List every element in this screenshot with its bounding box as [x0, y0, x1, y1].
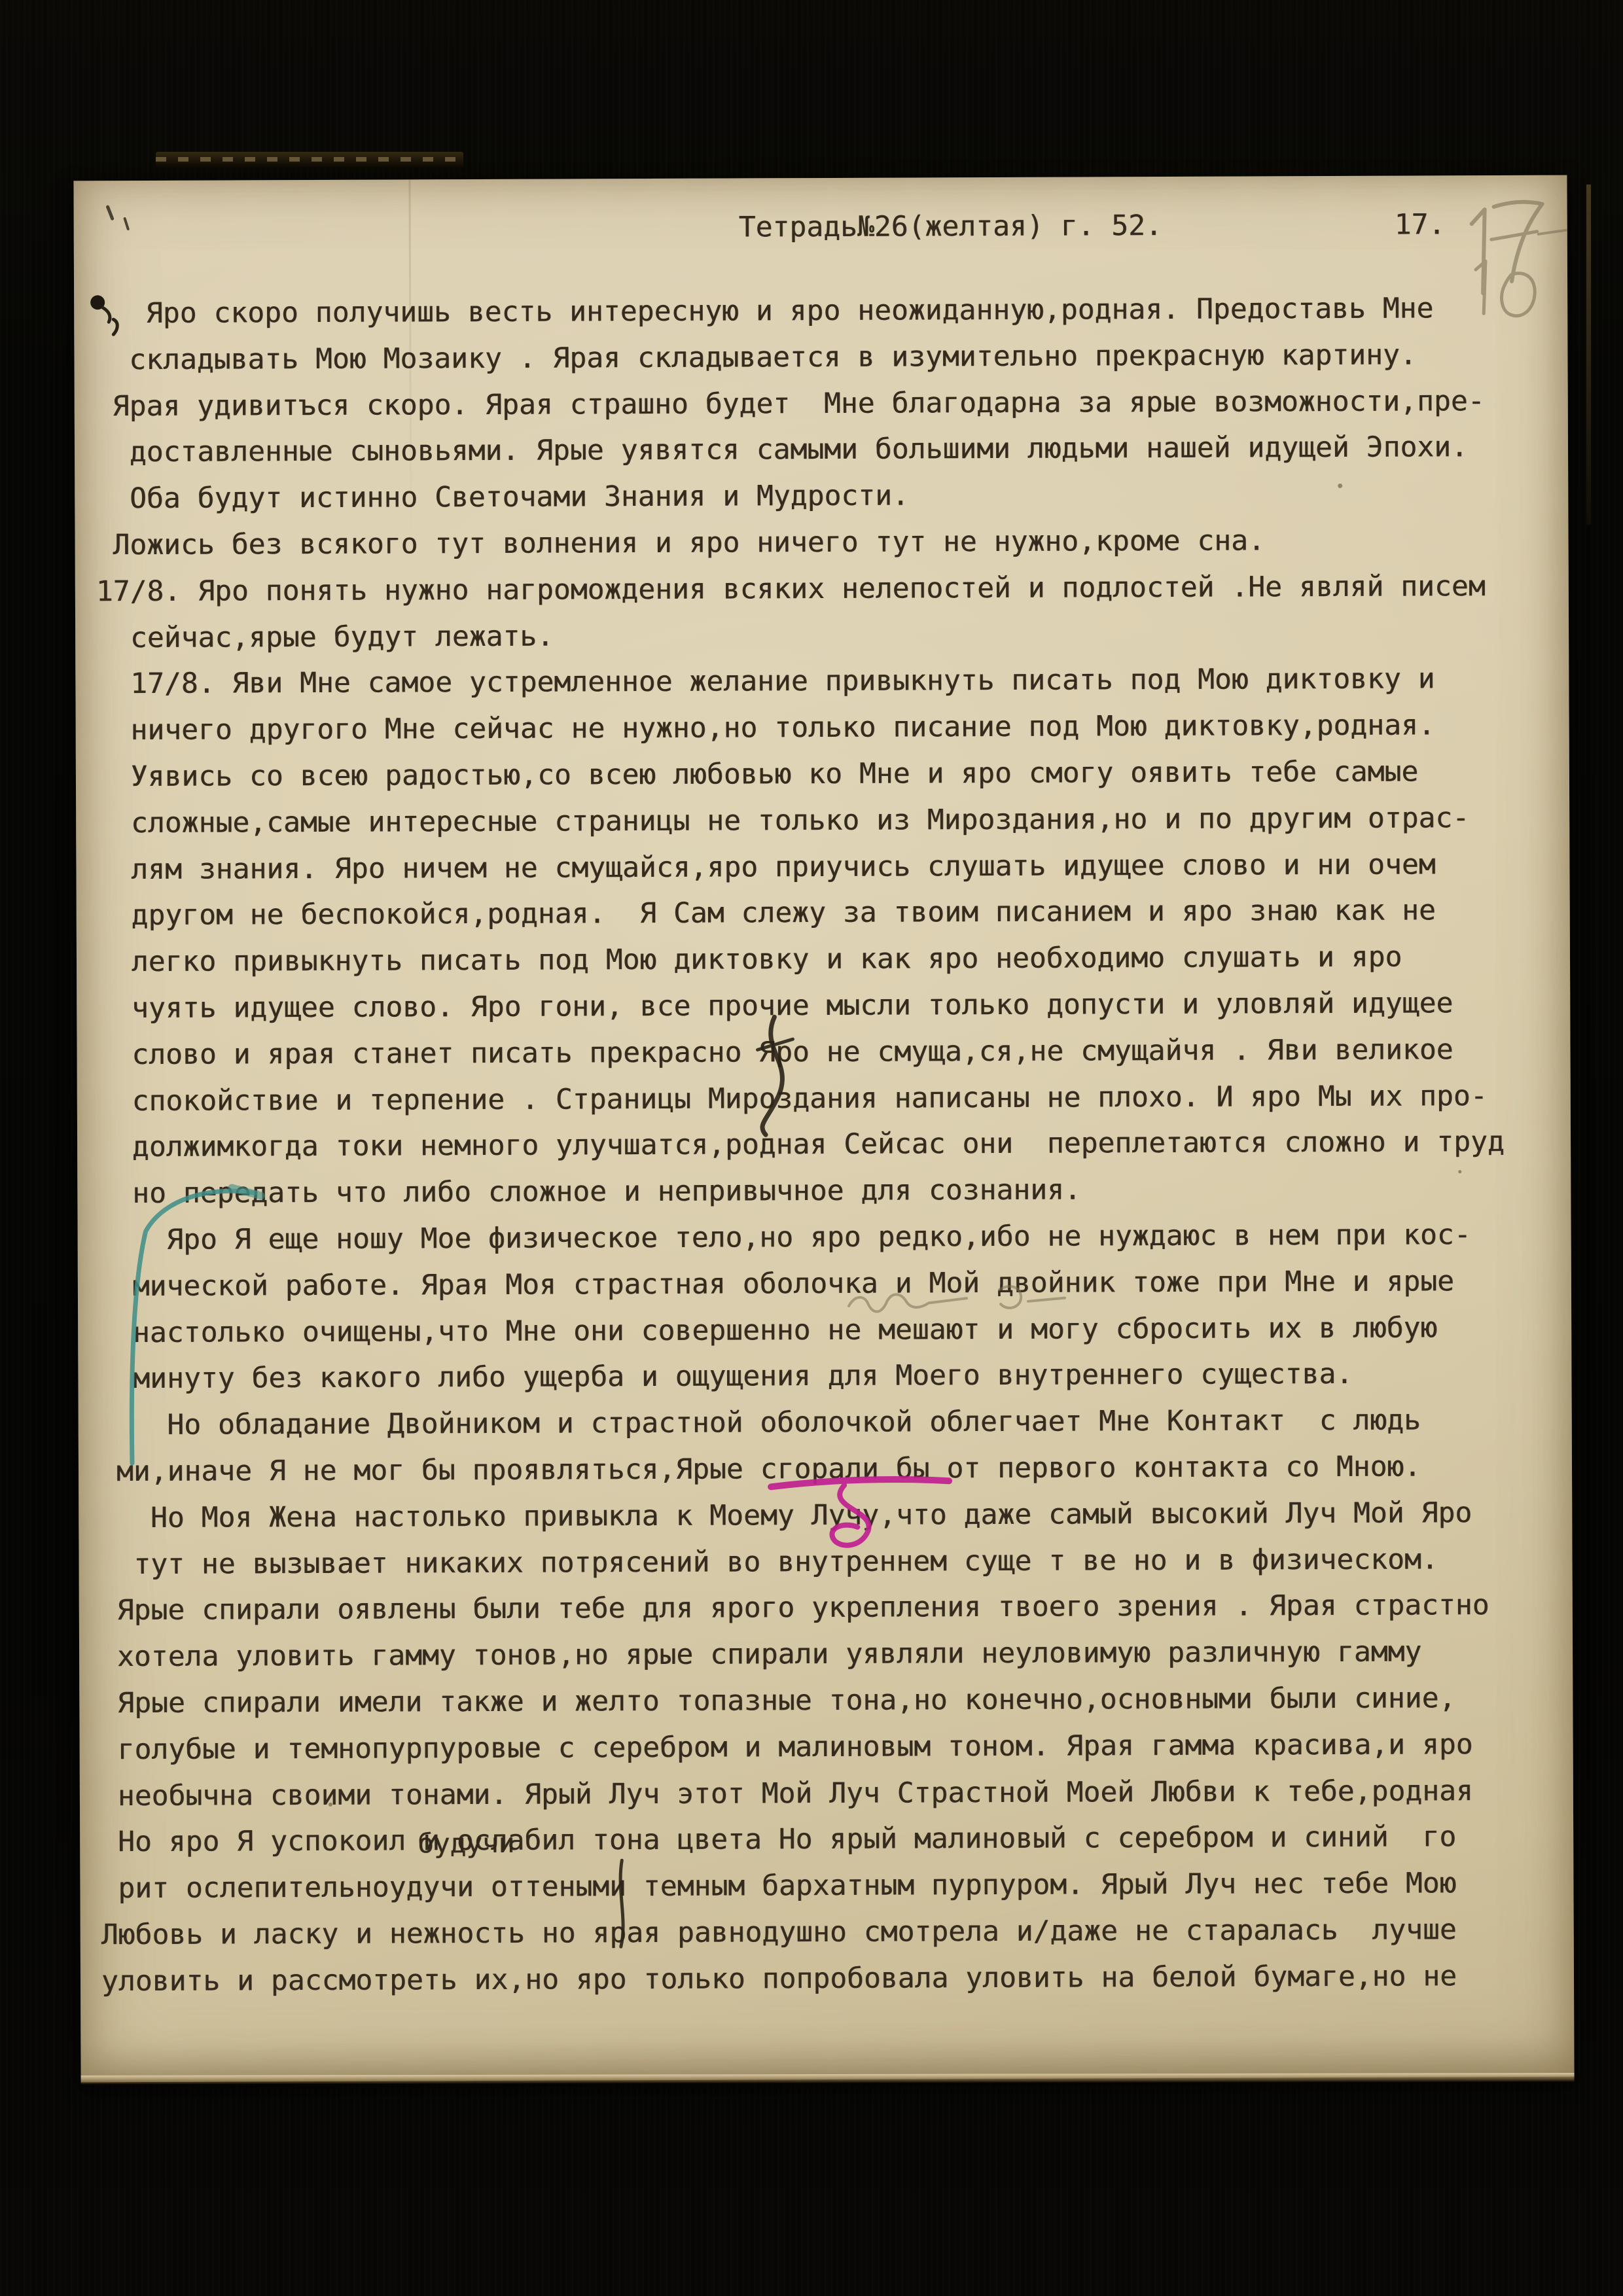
typed-line: должимкогда токи немного улучшатся,родна… [98, 1119, 1564, 1171]
typed-line: голубые и темнопурпуровые с серебром и м… [101, 1721, 1567, 1773]
typed-line: другом не беспокойся,родная. Я Сам слежу… [98, 887, 1563, 939]
typed-line: ничего другого Мне сейчас не нужно,но то… [97, 702, 1563, 754]
scanned-document-page: { "document": { "header": { "notebook_la… [0, 0, 1623, 2296]
typed-line: спокойствие и терпение . Страницы Мирозд… [98, 1072, 1564, 1124]
typed-line: сейчас,ярые будут лежать. [96, 609, 1562, 661]
typed-line: необычна своими тонами. Ярый Луч этот Мо… [101, 1767, 1567, 1819]
typed-line: 17/8. Яро понять нужно нагромождения вся… [96, 563, 1562, 614]
typed-line: ми,иначе Я не мог бы проявляться,Ярые сг… [99, 1443, 1565, 1495]
typed-line: Ярые спирали имели также и желто топазны… [100, 1675, 1566, 1727]
paper-sheet: Тетрадь№26(желтая) г. 52. 17. Яро скоро … [73, 175, 1574, 2083]
typed-line: легко привыкнуть писать под Мою диктовку… [98, 934, 1563, 985]
typed-line: чуять идущее слово. Яро гони, все прочие… [98, 980, 1563, 1032]
typed-line: Любовь и ласку и нежность но ярая равнод… [101, 1907, 1567, 1958]
paper-speck [1338, 484, 1342, 488]
typed-line: Но Моя Жена настолько привыкла к Моему Л… [99, 1489, 1565, 1541]
typed-line: Уявись со всею радостью,со всею любовью … [97, 749, 1563, 800]
typed-line: Ложись без всякого тут волнения и яро ни… [96, 517, 1561, 569]
typed-line: Но яро Я успокоил и ослабил тона цвета Н… [101, 1814, 1567, 1865]
typed-line: мической работе. Ярая Моя страстная обол… [99, 1258, 1565, 1309]
typed-line: Яро Я еще ношу Мое физическое тело,но яр… [99, 1212, 1565, 1263]
notebook-label: Тетрадь№26(желтая) г. 52. [739, 203, 1162, 250]
typed-line: 17/8. Яви Мне самое устремленное желание… [96, 656, 1562, 707]
typed-line: лям знания. Яро ничем не смущайся,яро пр… [97, 841, 1563, 892]
typed-line: сложные,самые интересные страницы не тол… [97, 794, 1563, 846]
adjacent-page-edge [156, 152, 463, 169]
typed-line: настолько очищены,что Мне они совершенно… [99, 1304, 1565, 1356]
typed-insertion-word: будучи [418, 1828, 514, 1859]
typed-line: рит ослепительноудучи оттеными темным ба… [101, 1860, 1567, 1912]
typed-line: Оба будут истинно Светочами Знания и Муд… [96, 470, 1561, 522]
typed-line: складывать Мою Мозаику . Ярая складывает… [95, 331, 1561, 383]
typed-page-number: 17. [1395, 202, 1446, 247]
typed-line: Но обладание Двойником и страстной оболо… [99, 1397, 1565, 1449]
typed-line: минуту без какого либо ущерба и ощущения… [99, 1351, 1565, 1402]
typed-line: хотела уловить гамму тонов,но ярые спира… [100, 1629, 1566, 1680]
typed-line: Ярая удивитъся скоро. Ярая страшно будет… [96, 378, 1561, 429]
typed-line: Ярые спирали оявлены были тебе для ярого… [100, 1582, 1566, 1634]
typed-line: но передать что либо сложное и непривычн… [98, 1165, 1564, 1217]
typed-line: слово и ярая станет писать прекрасно Яро… [98, 1026, 1563, 1078]
typed-text-block: Яро скоро получишь весть интересную и яр… [95, 285, 1567, 2005]
page-stack-edge [1586, 185, 1591, 525]
paper-speck [329, 1803, 332, 1807]
paper-speck [1458, 1170, 1461, 1173]
page-header: Тетрадь№26(желтая) г. 52. 17. [74, 202, 1567, 253]
typed-line: уловить и рассмотреть их,но яро только п… [101, 1952, 1567, 2004]
typed-line: доставленные сыновьями. Ярые уявятся сам… [96, 424, 1561, 476]
typed-line: тут не вызывает никаких потрясений во вн… [99, 1536, 1565, 1587]
typed-line: Яро скоро получишь весть интересную и яр… [95, 285, 1561, 337]
